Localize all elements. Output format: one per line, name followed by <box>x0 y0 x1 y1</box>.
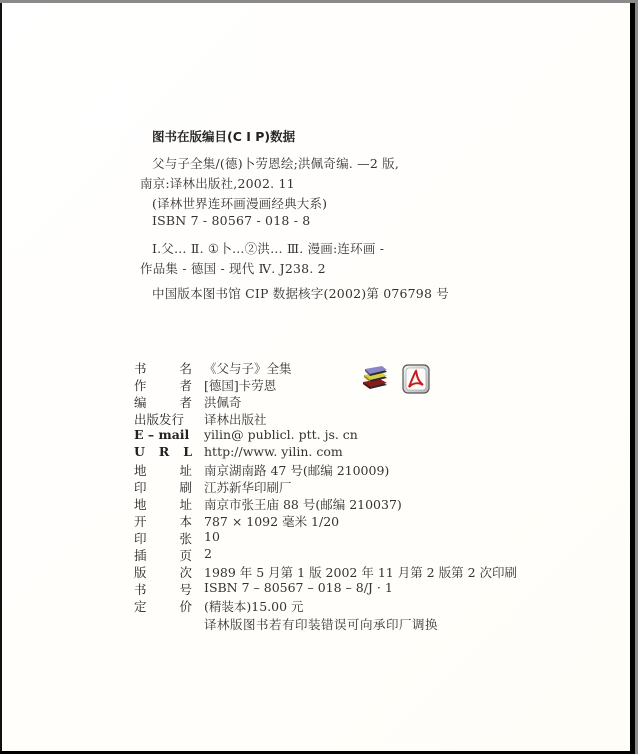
cip-line: 南京:译林出版社,2002. 11 <box>140 174 295 192</box>
info-label: 版次 <box>134 563 192 581</box>
info-value: 1989 年 5 月第 1 版 2002 年 11 月第 2 版第 2 次印刷 <box>204 563 517 581</box>
info-value-url[interactable]: http://www. yilin. com <box>204 444 343 459</box>
cip-line: ISBN 7 - 80567 - 018 - 8 <box>152 213 310 228</box>
info-label: 作者 <box>134 376 192 394</box>
cip-line: 中国版本图书馆 CIP 数据核字(2002)第 076798 号 <box>152 284 449 302</box>
books-icon[interactable] <box>360 364 390 394</box>
info-value: ISBN 7 – 80567 – 018 – 8/J · 1 <box>204 580 393 595</box>
info-value: 南京湖南路 47 号(邮编 210009) <box>204 461 389 479</box>
cip-line: 作品集 - 德国 - 现代 Ⅳ. J238. 2 <box>140 259 326 277</box>
info-label: 印张 <box>134 529 192 547</box>
info-label: 地址 <box>134 461 192 479</box>
copyright-page: 图书在版编目(C I P)数据 父与子全集/(德)卜劳恩绘;洪佩奇编. —2 版… <box>2 3 630 751</box>
info-value-email[interactable]: yilin@ publicl. ptt. js. cn <box>204 427 358 442</box>
info-label: URL <box>134 444 192 459</box>
cip-title: 图书在版编目(C I P)数据 <box>152 127 295 145</box>
info-value: 《父与子》全集 <box>204 359 292 377</box>
info-value: 2 <box>204 546 212 561</box>
info-label: 书名 <box>134 359 192 377</box>
info-value: 南京市张王庙 88 号(邮编 210037) <box>204 495 402 513</box>
pdf-icon[interactable] <box>401 363 431 395</box>
info-value: 10 <box>204 529 220 544</box>
cip-line: (译林世界连环画漫画经典大系) <box>152 194 327 212</box>
info-label: 地址 <box>134 495 192 513</box>
cip-line: 父与子全集/(德)卜劳恩绘;洪佩奇编. —2 版, <box>152 154 399 172</box>
info-label: 定价 <box>134 597 192 615</box>
info-value: 洪佩奇 <box>204 393 242 411</box>
cip-line: Ⅰ.父… Ⅱ. ①卜…②洪… Ⅲ. 漫画:连环画 - <box>152 239 384 257</box>
info-label: 出版发行 <box>134 410 192 428</box>
printing-error-note: 译林版图书若有印装错误可向承印厂调换 <box>204 615 438 633</box>
info-value: 译林出版社 <box>204 410 267 428</box>
info-value: 江苏新华印刷厂 <box>204 478 292 496</box>
info-label: E – mail <box>134 427 192 442</box>
info-label: 开本 <box>134 512 192 530</box>
info-value: [德国]卡劳恩 <box>204 376 276 394</box>
info-label: 编者 <box>134 393 192 411</box>
info-value: 787 × 1092 毫米 1/20 <box>204 512 339 530</box>
info-label: 插页 <box>134 546 192 564</box>
info-label: 印刷 <box>134 478 192 496</box>
info-label: 书号 <box>134 580 192 598</box>
info-value: (精装本)15.00 元 <box>204 597 304 615</box>
